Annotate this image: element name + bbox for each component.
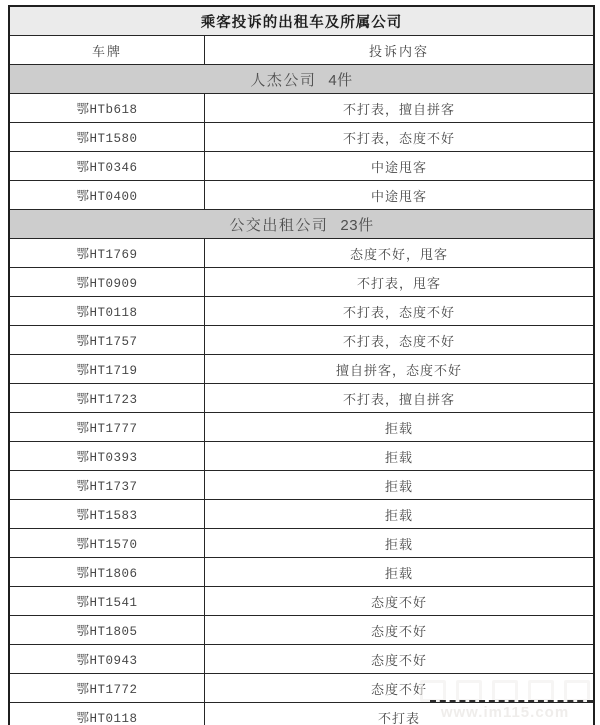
complaint-cell: 不打表，态度不好 [205,297,593,325]
complaint-cell: 中途甩客 [205,152,593,180]
table-row: 鄂HT1806拒载 [10,557,593,586]
table-body: 人杰公司4件鄂HTb618不打表，擅自拼客鄂HT1580不打表，态度不好鄂HT0… [10,64,593,725]
plate-cell: 鄂HT1541 [10,587,205,615]
section-case-count: 4件 [328,72,352,89]
plate-cell: 鄂HT1723 [10,384,205,412]
plate-cell: 鄂HT0909 [10,268,205,296]
complaint-cell: 不打表，态度不好 [205,326,593,354]
table-row: 鄂HT0400中途甩客 [10,180,593,209]
complaint-cell: 态度不好，甩客 [205,239,593,267]
table-row: 鄂HT1719擅自拼客，态度不好 [10,354,593,383]
column-header-row: 车牌 投诉内容 [10,35,593,64]
table-row: 鄂HT0346中途甩客 [10,151,593,180]
column-header-complaint: 投诉内容 [205,36,593,64]
table-row: 鄂HTb618不打表，擅自拼客 [10,93,593,122]
dashed-border-artifact [430,700,593,702]
complaint-cell: 中途甩客 [205,181,593,209]
section-case-count: 23件 [340,217,373,234]
complaint-cell: 拒载 [205,413,593,441]
complaint-cell: 拒载 [205,442,593,470]
table-row: 鄂HT0118不打表 [10,702,593,725]
plate-cell: 鄂HT1583 [10,500,205,528]
section-label: 人杰公司4件 [250,69,352,90]
plate-cell: 鄂HT0393 [10,442,205,470]
table-row: 鄂HT0909不打表，甩客 [10,267,593,296]
table-row: 鄂HT1777拒载 [10,412,593,441]
complaint-cell: 拒载 [205,471,593,499]
column-header-plate: 车牌 [10,36,205,64]
table-title: 乘客投诉的出租车及所属公司 [201,11,403,32]
plate-cell: 鄂HT1570 [10,529,205,557]
plate-cell: 鄂HT1757 [10,326,205,354]
section-company-name: 公交出租公司 [229,217,328,234]
table-row: 鄂HT1805态度不好 [10,615,593,644]
table-row: 鄂HT1757不打表，态度不好 [10,325,593,354]
plate-cell: 鄂HT1737 [10,471,205,499]
complaint-cell: 态度不好 [205,587,593,615]
complaint-cell: 不打表，态度不好 [205,123,593,151]
table-row: 鄂HT1772态度不好 [10,673,593,702]
plate-cell: 鄂HT1805 [10,616,205,644]
complaint-cell: 态度不好 [205,645,593,673]
complaints-table: 乘客投诉的出租车及所属公司 车牌 投诉内容 人杰公司4件鄂HTb618不打表，擅… [8,5,595,725]
table-title-row: 乘客投诉的出租车及所属公司 [10,7,593,35]
table-row: 鄂HT1737拒载 [10,470,593,499]
complaint-cell: 不打表，擅自拼客 [205,384,593,412]
plate-cell: 鄂HTb618 [10,94,205,122]
complaint-cell: 拒载 [205,529,593,557]
plate-cell: 鄂HT1769 [10,239,205,267]
plate-cell: 鄂HT0118 [10,297,205,325]
complaint-cell: 擅自拼客，态度不好 [205,355,593,383]
plate-cell: 鄂HT0346 [10,152,205,180]
table-row: 鄂HT1769态度不好，甩客 [10,238,593,267]
complaint-cell: 不打表，擅自拼客 [205,94,593,122]
section-header-row: 公交出租公司23件 [10,209,593,238]
complaint-cell: 态度不好 [205,616,593,644]
complaint-cell: 拒载 [205,500,593,528]
complaint-cell: 拒载 [205,558,593,586]
complaint-cell: 不打表 [205,703,593,725]
plate-cell: 鄂HT0943 [10,645,205,673]
table-row: 鄂HT1580不打表，态度不好 [10,122,593,151]
section-company-name: 人杰公司 [250,72,316,89]
section-header-row: 人杰公司4件 [10,64,593,93]
complaint-cell: 不打表，甩客 [205,268,593,296]
plate-cell: 鄂HT1719 [10,355,205,383]
table-row: 鄂HT1541态度不好 [10,586,593,615]
complaint-cell: 态度不好 [205,674,593,702]
section-label: 公交出租公司23件 [229,214,373,235]
table-row: 鄂HT0118不打表，态度不好 [10,296,593,325]
table-row: 鄂HT1723不打表，擅自拼客 [10,383,593,412]
table-row: 鄂HT0943态度不好 [10,644,593,673]
table-row: 鄂HT1583拒载 [10,499,593,528]
plate-cell: 鄂HT1777 [10,413,205,441]
plate-cell: 鄂HT1772 [10,674,205,702]
plate-cell: 鄂HT1580 [10,123,205,151]
table-row: 鄂HT1570拒载 [10,528,593,557]
plate-cell: 鄂HT0400 [10,181,205,209]
plate-cell: 鄂HT0118 [10,703,205,725]
table-row: 鄂HT0393拒载 [10,441,593,470]
plate-cell: 鄂HT1806 [10,558,205,586]
